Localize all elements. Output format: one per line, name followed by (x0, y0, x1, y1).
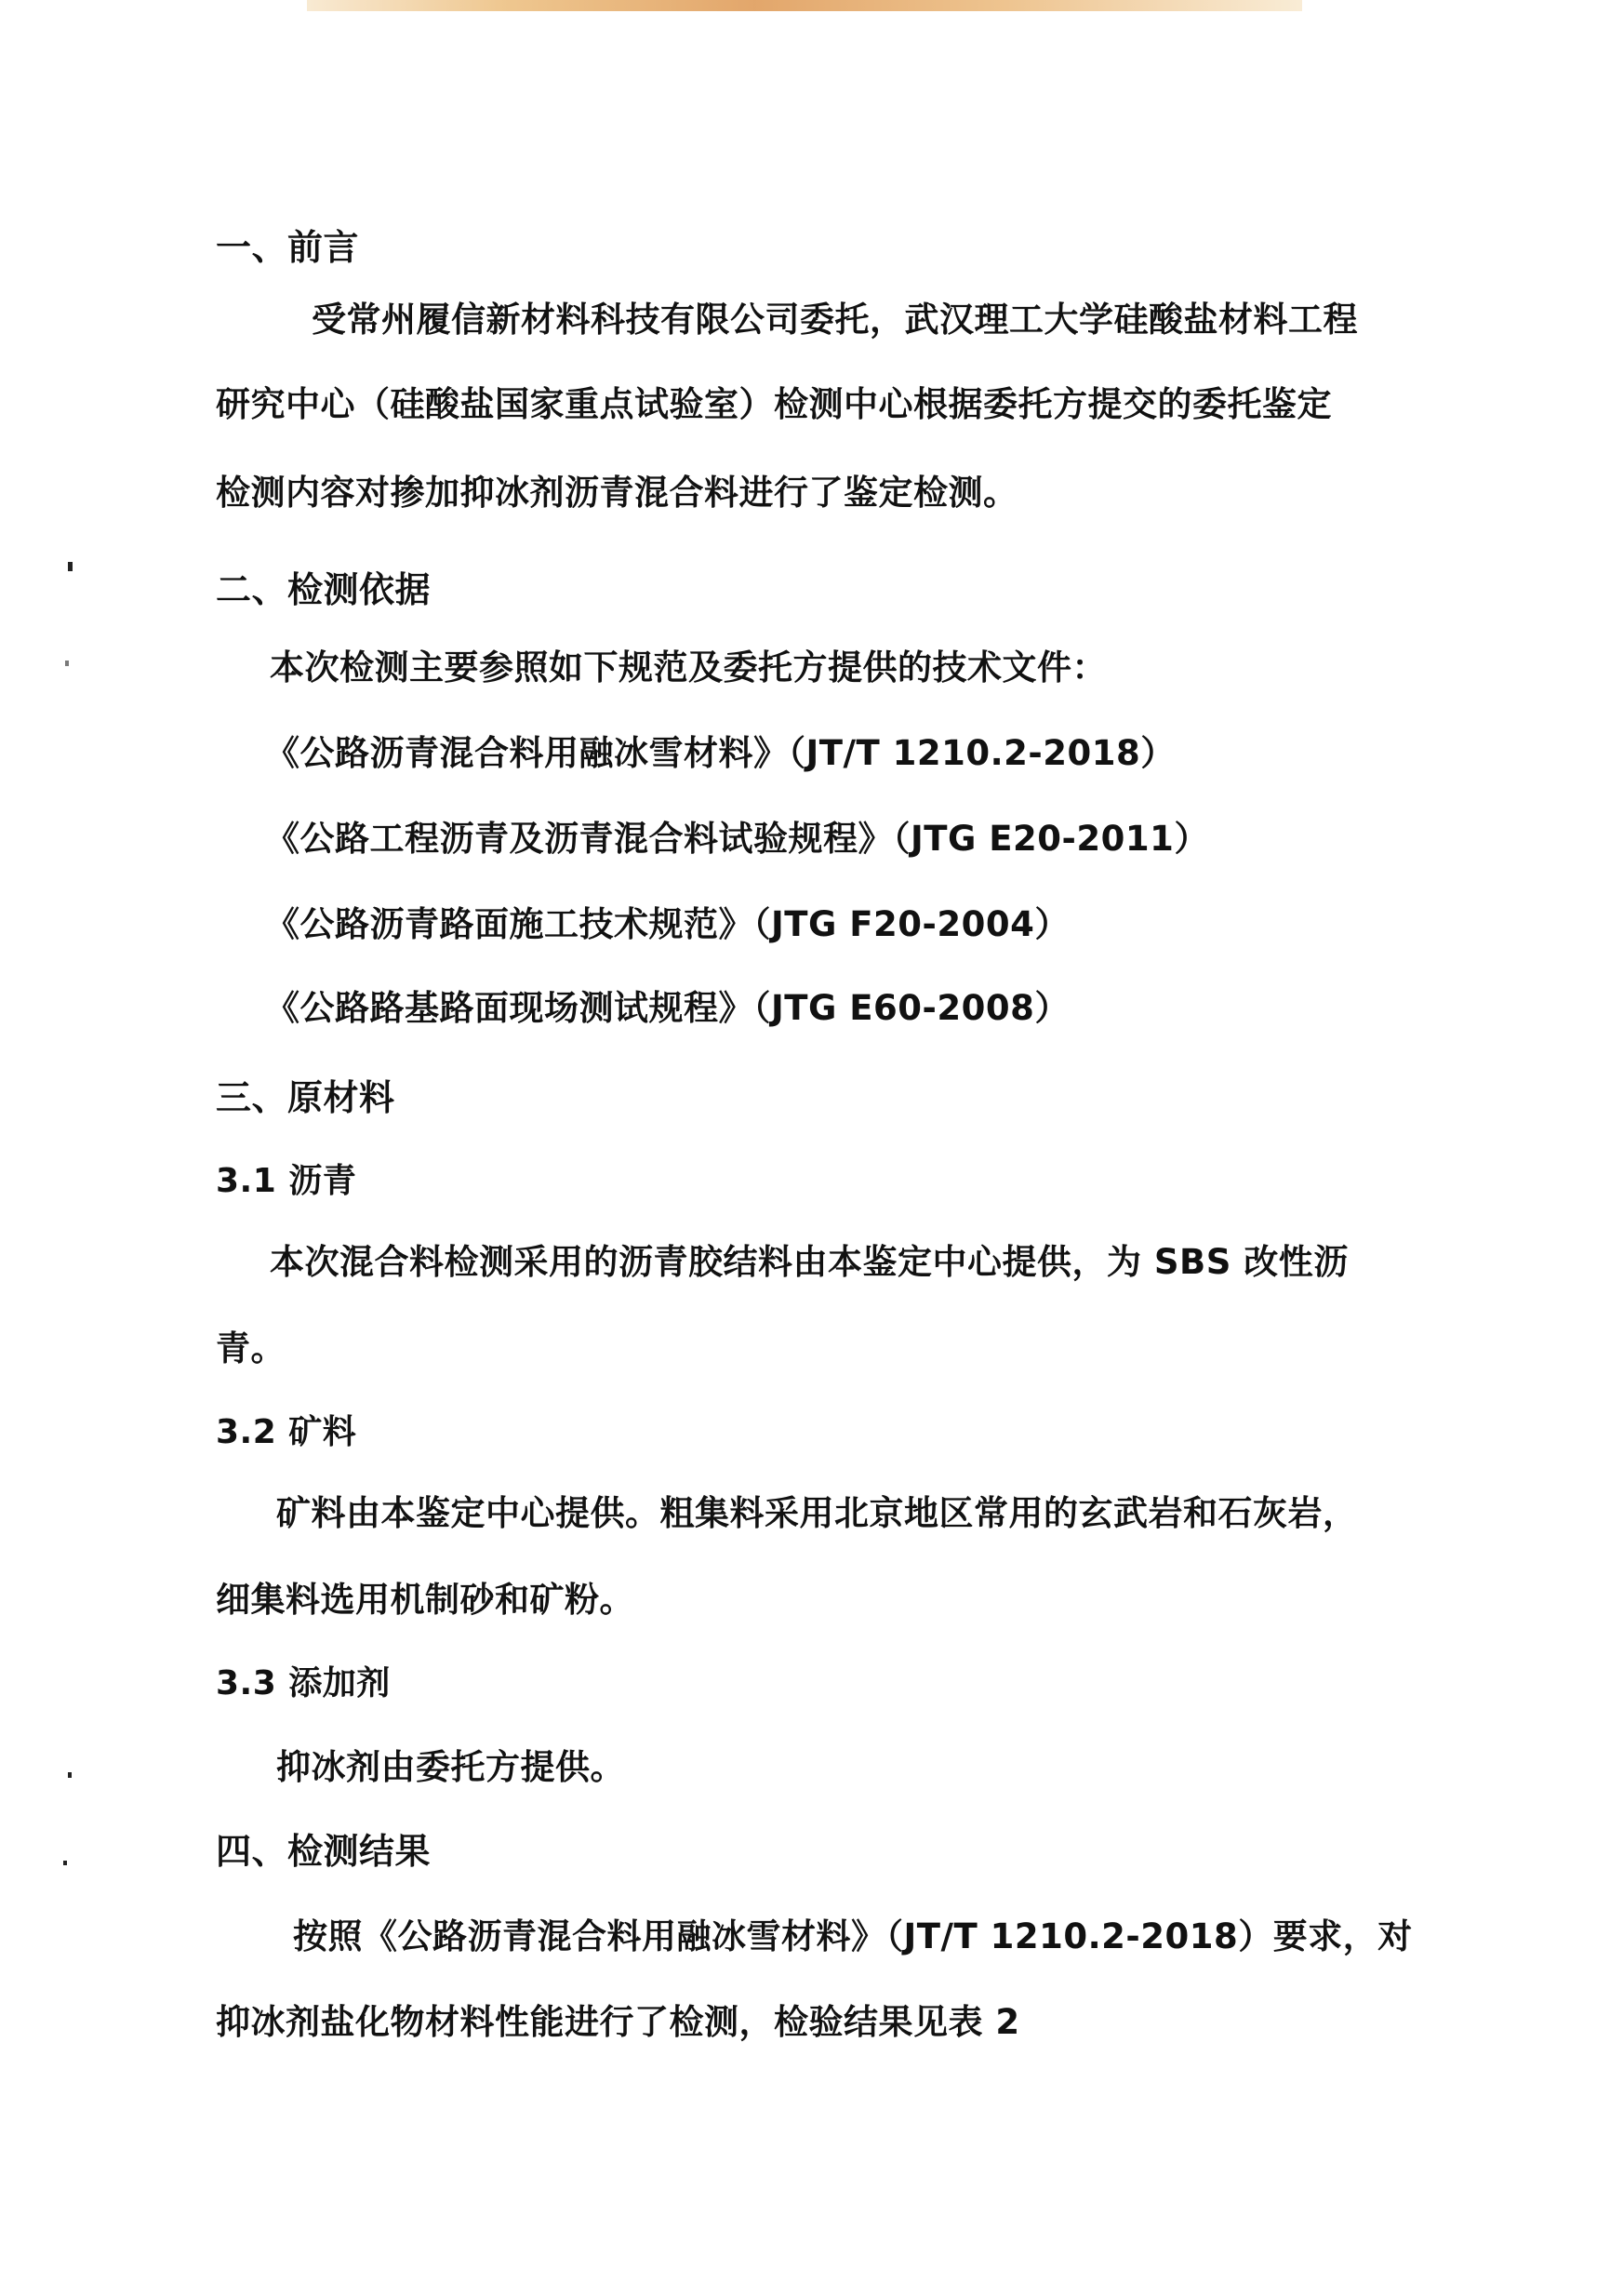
section-heading-basis: 二、检测依据 (216, 569, 431, 610)
paragraph-line: 抑冰剂由委托方提供。 (276, 1747, 625, 1788)
paragraph-line: 青。 (216, 1328, 286, 1369)
scan-punch-mark (65, 661, 69, 666)
reference-item: 《公路沥青路面施工技术规范》（JTG F20-2004） (265, 904, 1070, 945)
paragraph-line: 细集料选用机制砂和矿粉。 (216, 1580, 634, 1621)
paragraph-line: 抑冰剂盐化物材料性能进行了检测，检验结果见表 2 (216, 2002, 1020, 2043)
paragraph-line: 受常州履信新材料科技有限公司委托，武汉理工大学硅酸盐材料工程 (312, 300, 1358, 340)
section-heading-foreword: 一、前言 (216, 227, 359, 268)
subsection-title-additive: 3.3 添加剂 (216, 1663, 391, 1704)
reference-item: 《公路沥青混合料用融冰雪材料》（JT/T 1210.2-2018） (265, 733, 1176, 774)
section-heading-results: 四、检测结果 (216, 1831, 431, 1872)
paragraph-line: 本次混合料检测采用的沥青胶结料由本鉴定中心提供，为 SBS 改性沥 (270, 1242, 1349, 1283)
basis-intro: 本次检测主要参照如下规范及委托方提供的技术文件： (270, 647, 1107, 688)
paragraph-line: 检测内容对掺加抑冰剂沥青混合料进行了鉴定检测。 (216, 473, 1018, 514)
reference-item: 《公路路基路面现场测试规程》（JTG E60-2008） (265, 988, 1070, 1029)
subsection-title-aggregate: 3.2 矿料 (216, 1412, 356, 1453)
scan-top-edge-strip (307, 0, 1302, 11)
reference-item: 《公路工程沥青及沥青混合料试验规程》（JTG E20-2011） (265, 819, 1209, 860)
subsection-title-asphalt: 3.1 沥青 (216, 1161, 356, 1202)
paragraph-line: 研究中心（硅酸盐国家重点试验室）检测中心根据委托方提交的委托鉴定 (216, 384, 1332, 425)
section-heading-raw-materials: 三、原材料 (216, 1077, 395, 1118)
scan-punch-mark (68, 1772, 72, 1778)
paragraph-line: 按照《公路沥青混合料用融冰雪材料》（JT/T 1210.2-2018）要求，对 (293, 1916, 1413, 1957)
scan-punch-mark (68, 562, 73, 571)
scan-punch-mark (63, 1861, 67, 1865)
paragraph-line: 矿料由本鉴定中心提供。粗集料采用北京地区常用的玄武岩和石灰岩， (276, 1493, 1358, 1534)
